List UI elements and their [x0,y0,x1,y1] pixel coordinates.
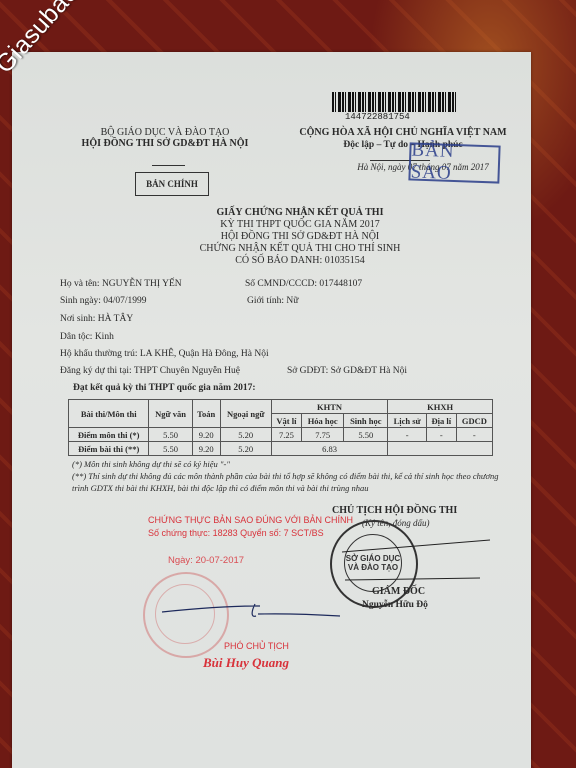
copy-stamp: BẢN SAO [408,142,500,183]
council-name: HỘI ĐỒNG THI SỞ GD&ĐT HÀ NỘI [60,138,270,149]
title-main: GIẤY CHỨNG NHẬN KẾT QUẢ THI [150,207,450,219]
vice-chairman-name: Bùi Huy Quang [203,655,289,671]
col-header: GDCD [456,414,492,428]
vice-chairman-signature [160,596,360,626]
candidate-department: Sở GDĐT: Sở GD&ĐT Hà Nội [287,366,407,376]
col-header: Hóa học [302,414,344,428]
score-cell: 9.20 [192,442,220,456]
director-signature [340,530,500,590]
barcode-number: 144722881754 [345,112,410,122]
score-cell-khxh [388,442,493,456]
director-name: Nguyễn Hữu Độ [362,600,428,610]
score-cell: - [456,428,492,442]
col-header: Ngữ văn [149,400,192,428]
candidate-dob: Sinh ngày: 04/07/1999 [60,296,147,306]
candidate-residence: Hộ khẩu thường trú: LA KHÊ, Quận Hà Đông… [60,349,269,359]
candidate-registered-at: Đăng ký dự thi tại: THPT Chuyên Nguyễn H… [60,366,240,376]
row-label: Điểm bài thi (**) [69,442,149,456]
score-cell: 5.20 [220,442,271,456]
row-label: Điểm môn thi (*) [69,428,149,442]
results-table: Bài thi/Môn thi Ngữ văn Toán Ngoại ngữ K… [68,399,493,456]
candidate-name: Họ và tên: NGUYỄN THỊ YẾN [60,279,182,289]
candidate-gender: Giới tính: Nữ [247,296,298,306]
barcode [332,92,456,112]
title-line1: KỲ THI THPT QUỐC GIA NĂM 2017 [150,219,450,231]
title-line4: CÓ SỐ BÁO DANH: 01035154 [150,255,450,267]
score-cell: 5.50 [344,428,388,442]
title-line2: HỘI ĐỒNG THI SỞ GD&ĐT HÀ NỘI [150,231,450,243]
score-cell: 7.75 [302,428,344,442]
score-cell: 5.50 [149,442,192,456]
note-1: (*) Môn thi sinh không dự thi sẽ có ký h… [72,458,512,470]
table-row: Điểm bài thi (**) 5.50 9.20 5.20 6.83 [69,442,493,456]
score-cell: - [388,428,427,442]
title-line3: CHỨNG NHẬN KẾT QUẢ THI CHO THÍ SINH [150,243,450,255]
director-position: GIÁM ĐỐC [372,586,425,597]
group-khxh-header: KHXH [388,400,493,414]
certificate-title: GIẤY CHỨNG NHẬN KẾT QUẢ THI KỲ THI THPT … [150,207,450,267]
certification-line2: Số chứng thực: 18283 Quyển số: 7 SCT/BS [148,528,324,538]
ministry-name: BỘ GIÁO DỤC VÀ ĐÀO TẠO [60,127,270,138]
score-cell: 5.20 [220,428,271,442]
score-cell: - [426,428,456,442]
candidate-ethnicity: Dân tộc: Kinh [60,332,114,342]
certification-date: Ngày: 20-07-2017 [168,555,244,566]
republic-name: CỘNG HÒA XÃ HỘI CHỦ NGHĨA VIỆT NAM [283,127,523,138]
table-row: Điểm môn thi (*) 5.50 9.20 5.20 7.25 7.7… [69,428,493,442]
score-cell: 5.50 [149,428,192,442]
col-label-header: Bài thi/Môn thi [69,400,149,428]
certification-line1: CHỨNG THỰC BẢN SAO ĐÚNG VỚI BẢN CHÍNH [148,515,353,525]
score-cell: 7.25 [271,428,301,442]
col-header: Địa lí [426,414,456,428]
vice-chairman-position: PHÓ CHỦ TỊCH [224,641,289,651]
col-header: Toán [192,400,220,428]
divider [152,165,185,166]
results-heading: Đạt kết quả kỳ thi THPT quốc gia năm 201… [73,383,256,393]
col-header: Ngoại ngữ [220,400,271,428]
group-khtn-header: KHTN [271,400,387,414]
header-left: BỘ GIÁO DỤC VÀ ĐÀO TẠO HỘI ĐỒNG THI SỞ G… [60,127,270,149]
candidate-birthplace: Nơi sinh: HÀ TÂY [60,314,133,324]
note-2: (**) Thí sinh dự thi không đủ các môn th… [72,470,512,494]
score-cell: 9.20 [192,428,220,442]
candidate-id: Số CMND/CCCD: 017448107 [245,279,362,289]
col-header: Lịch sử [388,414,427,428]
col-header: Sinh học [344,414,388,428]
score-cell-khtn: 6.83 [271,442,387,456]
original-label: BẢN CHÍNH [135,172,209,196]
footnotes: (*) Môn thi sinh không dự thi sẽ có ký h… [72,458,512,494]
col-header: Vật lí [271,414,301,428]
